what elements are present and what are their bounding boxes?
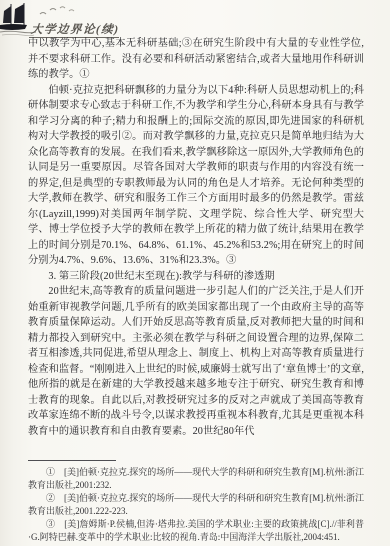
footnote-item: ① [美]伯顿·克拉克.探究的场所——现代大学的科研和研究生教育[M].杭州:浙… bbox=[28, 466, 364, 492]
footnote-item: ③ [美]詹姆斯·P.侯楠,但涛·塔弗拉.美国的学术职业:主要的政策挑战[C].… bbox=[28, 518, 364, 544]
book-header: 大学边界论(续) bbox=[0, 0, 390, 40]
running-head-title: 大学边界论(续) bbox=[30, 21, 120, 37]
birds-icon bbox=[36, 4, 80, 20]
footnotes: ① [美]伯顿·克拉克.探究的场所——现代大学的科研和研究生教育[M].杭州:浙… bbox=[28, 466, 364, 544]
body-paragraph: 20世纪末,高等教育的质量问题进一步引起人们的广泛关注,于是人们开始重新审视教学… bbox=[28, 284, 364, 439]
body-paragraph: 中以教学为中心,基本无科研基础;③在研究生阶段中有大量的专业性学位,并不要求科研… bbox=[28, 36, 364, 83]
footnote-item: ② [美]伯顿·克拉克.探究的场所——现代大学的科研和研究生教育[M].杭州:浙… bbox=[28, 492, 364, 518]
body-paragraph: 伯顿·克拉克把科研飘移的力量分为以下4种:科研人员思想动机上的;科研体制要求专心… bbox=[28, 83, 364, 269]
footnote-divider bbox=[28, 460, 116, 461]
book-page: 大学边界论(续) 中以教学为中心,基本无科研基础;③在研究生阶段中有大量的专业性… bbox=[0, 0, 390, 546]
main-text: 中以教学为中心,基本无科研基础;③在研究生阶段中有大量的专业性学位,并不要求科研… bbox=[28, 36, 364, 439]
section-heading: 3. 第三阶段(20世纪末至现在):教学与科研的渗透期 bbox=[28, 269, 364, 285]
